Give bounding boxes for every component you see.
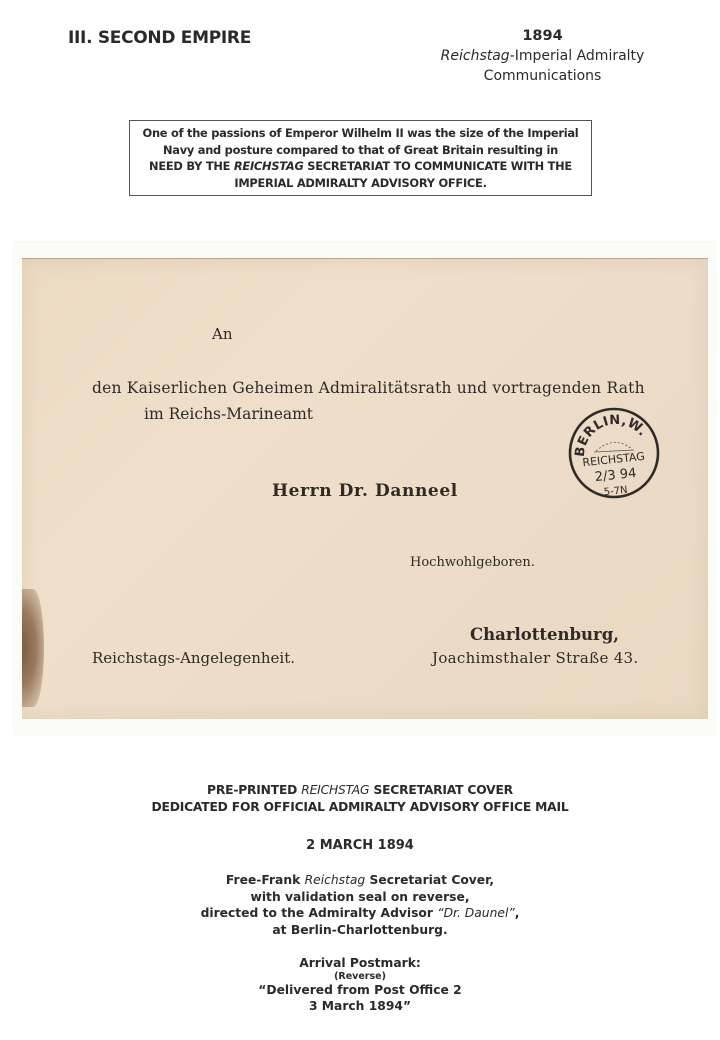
caption-desc-line3-pre: directed to the Admiralty Advisor: [201, 906, 438, 920]
age-stain: [22, 589, 44, 707]
caption-desc-line4: at Berlin-Charlottenburg.: [100, 922, 620, 939]
heading-subtitle: Reichstag-Imperial Admiralty: [410, 46, 675, 66]
envelope-street: Joachimsthaler Straße 43.: [432, 649, 638, 667]
arrival-label: Arrival Postmark:: [100, 955, 620, 971]
heading-subtitle-line2: Communications: [410, 66, 675, 86]
caption-desc-line1-pre: Free-Frank: [226, 873, 305, 887]
caption-title-italic: REICHSTAG: [301, 783, 369, 797]
caption-date: 2 MARCH 1894: [100, 838, 620, 853]
caption-desc-line1: Free-Frank Reichstag Secretariat Cover,: [100, 872, 620, 889]
intro-line-3: NEED BY THE REICHSTAG SECRETARIAT TO COM…: [130, 158, 591, 175]
arrival-line1: “Delivered from Post Office 2: [100, 982, 620, 998]
caption-title-line1: PRE-PRINTED REICHSTAG SECRETARIAT COVER: [100, 782, 620, 799]
heading-subtitle-italic: Reichstag: [441, 48, 510, 64]
page-heading: 1894 Reichstag-Imperial Admiralty Commun…: [410, 26, 675, 86]
postmark-middle-text: REICHSTAG: [582, 450, 646, 469]
section-title: III. SECOND EMPIRE: [68, 28, 251, 48]
caption-arrival: Arrival Postmark: (Reverse) “Delivered f…: [100, 955, 620, 1014]
postmark-stamp-icon: BERLIN,W. REICHSTAG 2/3 94 5-7N: [566, 405, 662, 501]
caption-title: PRE-PRINTED REICHSTAG SECRETARIAT COVER …: [100, 782, 620, 816]
caption-title-post: SECRETARIAT COVER: [369, 783, 513, 797]
envelope-addressee-line1: den Kaiserlichen Geheimen Admiralitätsra…: [92, 379, 645, 397]
heading-subtitle-rest: -Imperial Admiralty: [510, 48, 645, 64]
caption-title-line2: DEDICATED FOR OFFICIAL ADMIRALTY ADVISOR…: [100, 799, 620, 816]
caption-desc-line3-italic: “Dr. Daunel”: [437, 906, 515, 920]
caption-description: Free-Frank Reichstag Secretariat Cover, …: [100, 872, 620, 938]
intro-line-3-pre: NEED BY THE: [149, 159, 234, 173]
envelope-endorsement: Reichstags-Angelegenheit.: [92, 649, 295, 667]
intro-line-3-post: SECRETARIAT TO COMMUNICATE WITH THE: [304, 159, 572, 173]
caption-desc-line3-post: ,: [515, 906, 520, 920]
intro-line-3-italic: REICHSTAG: [234, 159, 304, 173]
intro-line-1: One of the passions of Emperor Wilhelm I…: [130, 125, 591, 142]
arrival-line2: 3 March 1894”: [100, 998, 620, 1014]
envelope-an: An: [212, 325, 233, 343]
envelope-recipient-name: Herrn Dr. Danneel: [272, 481, 458, 501]
caption-desc-line1-italic: Reichstag: [305, 873, 366, 887]
intro-line-4: IMPERIAL ADMIRALTY ADVISORY OFFICE.: [130, 175, 591, 192]
envelope-cover: An den Kaiserlichen Geheimen Admiralität…: [22, 258, 708, 719]
intro-text-box: One of the passions of Emperor Wilhelm I…: [129, 120, 592, 196]
caption-desc-line1-post: Secretariat Cover,: [365, 873, 494, 887]
envelope-addressee-line2: im Reichs-Marineamt: [144, 405, 313, 423]
envelope-city: Charlottenburg,: [470, 625, 619, 644]
postmark-date: 2/3 94: [594, 466, 637, 485]
intro-line-2: Navy and posture compared to that of Gre…: [130, 142, 591, 159]
envelope-honorific: Hochwohlgeboren.: [410, 555, 535, 570]
arrival-note: (Reverse): [100, 971, 620, 982]
caption-title-pre: PRE-PRINTED: [207, 783, 301, 797]
caption-desc-line3: directed to the Admiralty Advisor “Dr. D…: [100, 905, 620, 922]
caption-desc-line2: with validation seal on reverse,: [100, 889, 620, 906]
heading-year: 1894: [410, 26, 675, 46]
